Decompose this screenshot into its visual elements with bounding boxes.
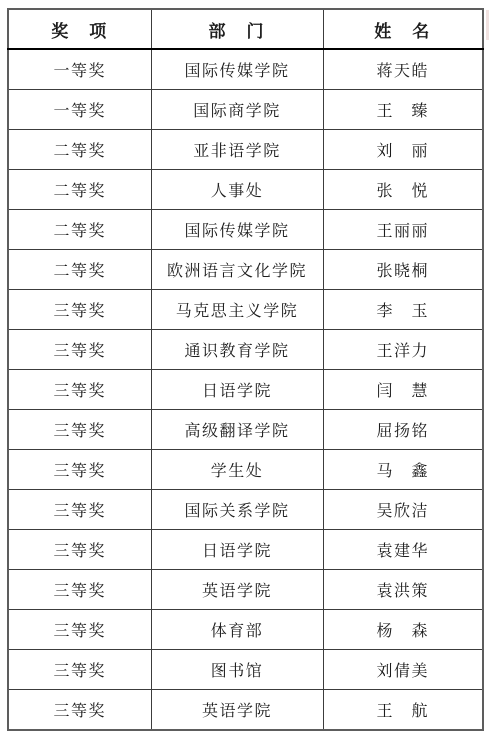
name-cell: 王 航: [323, 690, 483, 731]
department-cell: 马克思主义学院: [151, 290, 323, 330]
department-cell: 学生处: [151, 450, 323, 490]
award-cell: 三等奖: [8, 570, 151, 610]
award-cell: 三等奖: [8, 690, 151, 731]
name-cell: 李 玉: [323, 290, 483, 330]
department-cell: 体育部: [151, 610, 323, 650]
department-cell: 日语学院: [151, 370, 323, 410]
table-row: 一等奖 国际商学院 王 臻: [8, 90, 483, 130]
name-cell: 吴欣洁: [323, 490, 483, 530]
table-header-row: 奖 项 部 门 姓 名: [8, 9, 483, 49]
name-cell: 马 鑫: [323, 450, 483, 490]
name-cell: 袁建华: [323, 530, 483, 570]
award-cell: 二等奖: [8, 250, 151, 290]
name-cell: 王洋力: [323, 330, 483, 370]
scan-edge-artifact: [486, 10, 489, 40]
table-row: 三等奖 体育部 杨 森: [8, 610, 483, 650]
department-cell: 亚非语学院: [151, 130, 323, 170]
table-row: 一等奖 国际传媒学院 蒋天皓: [8, 49, 483, 90]
award-cell: 一等奖: [8, 90, 151, 130]
table-row: 三等奖 英语学院 袁洪策: [8, 570, 483, 610]
table-row: 三等奖 高级翻译学院 屈扬铭: [8, 410, 483, 450]
table-row: 三等奖 通识教育学院 王洋力: [8, 330, 483, 370]
department-cell: 人事处: [151, 170, 323, 210]
name-cell: 张 悦: [323, 170, 483, 210]
department-cell: 图书馆: [151, 650, 323, 690]
department-cell: 国际传媒学院: [151, 49, 323, 90]
table-row: 三等奖 英语学院 王 航: [8, 690, 483, 731]
table-row: 二等奖 人事处 张 悦: [8, 170, 483, 210]
award-cell: 三等奖: [8, 410, 151, 450]
award-cell: 二等奖: [8, 210, 151, 250]
name-cell: 张晓桐: [323, 250, 483, 290]
award-cell: 三等奖: [8, 330, 151, 370]
department-cell: 国际商学院: [151, 90, 323, 130]
award-cell: 三等奖: [8, 450, 151, 490]
award-cell: 一等奖: [8, 49, 151, 90]
award-cell: 三等奖: [8, 490, 151, 530]
award-table-body: 一等奖 国际传媒学院 蒋天皓 一等奖 国际商学院 王 臻 二等奖 亚非语学院 刘…: [8, 49, 483, 730]
department-cell: 英语学院: [151, 570, 323, 610]
department-cell: 高级翻译学院: [151, 410, 323, 450]
table-row: 三等奖 学生处 马 鑫: [8, 450, 483, 490]
table-row: 三等奖 日语学院 闫 慧: [8, 370, 483, 410]
name-cell: 刘 丽: [323, 130, 483, 170]
department-cell: 国际关系学院: [151, 490, 323, 530]
table-row: 二等奖 国际传媒学院 王丽丽: [8, 210, 483, 250]
department-cell: 通识教育学院: [151, 330, 323, 370]
name-cell: 王 臻: [323, 90, 483, 130]
name-cell: 屈扬铭: [323, 410, 483, 450]
name-cell: 杨 森: [323, 610, 483, 650]
table-row: 三等奖 图书馆 刘倩美: [8, 650, 483, 690]
name-cell: 蒋天皓: [323, 49, 483, 90]
department-cell: 国际传媒学院: [151, 210, 323, 250]
award-cell: 三等奖: [8, 370, 151, 410]
department-cell: 日语学院: [151, 530, 323, 570]
column-header-name: 姓 名: [323, 9, 483, 49]
name-cell: 闫 慧: [323, 370, 483, 410]
award-cell: 三等奖: [8, 530, 151, 570]
award-cell: 三等奖: [8, 650, 151, 690]
column-header-award: 奖 项: [8, 9, 151, 49]
award-cell: 二等奖: [8, 170, 151, 210]
award-results-table: 奖 项 部 门 姓 名 一等奖 国际传媒学院 蒋天皓 一等奖 国际商学院 王 臻…: [7, 8, 484, 731]
award-cell: 三等奖: [8, 610, 151, 650]
table-row: 三等奖 马克思主义学院 李 玉: [8, 290, 483, 330]
name-cell: 刘倩美: [323, 650, 483, 690]
department-cell: 欧洲语言文化学院: [151, 250, 323, 290]
table-row: 二等奖 欧洲语言文化学院 张晓桐: [8, 250, 483, 290]
name-cell: 王丽丽: [323, 210, 483, 250]
department-cell: 英语学院: [151, 690, 323, 731]
table-row: 二等奖 亚非语学院 刘 丽: [8, 130, 483, 170]
table-row: 三等奖 日语学院 袁建华: [8, 530, 483, 570]
table-row: 三等奖 国际关系学院 吴欣洁: [8, 490, 483, 530]
name-cell: 袁洪策: [323, 570, 483, 610]
column-header-department: 部 门: [151, 9, 323, 49]
award-cell: 二等奖: [8, 130, 151, 170]
award-cell: 三等奖: [8, 290, 151, 330]
